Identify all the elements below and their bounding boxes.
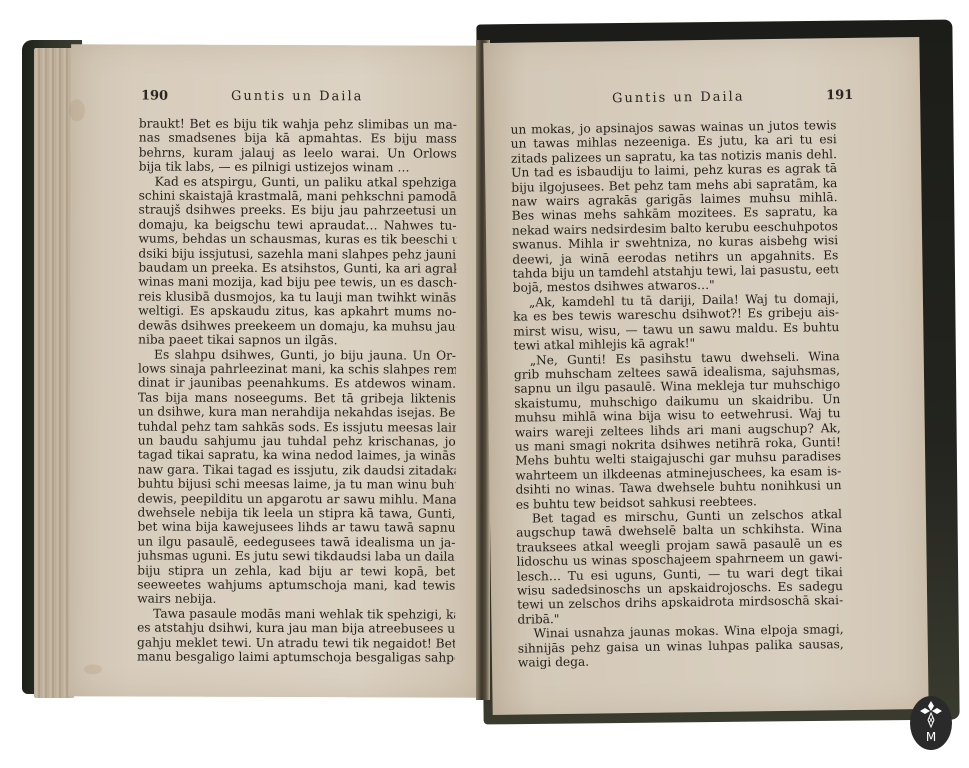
text-line: tagad tikai sapratu, ka wina nedod laime… (138, 448, 456, 464)
text-line: juhsmas uguni. Es jutu sewi tikdaudsi la… (137, 549, 455, 565)
text-line: dinat ir jaunibas peenahkums. Es atdewos… (138, 376, 456, 392)
text-line: nas smadsenes bija kā apmahtas. Es biju … (139, 131, 457, 147)
text-line: wums, behdas un schausmas, kuras es tik … (138, 232, 456, 248)
text-line: weltigi. Es apskaudu zitus, kas apkahrt … (138, 304, 456, 320)
text-line: un baudu sahjumu jau tuhdal pehz krischa… (138, 433, 456, 449)
text-line: domaju, ka beigschu tewi apraudat… Nahwe… (138, 217, 456, 233)
left-page: 190 Guntis un Daila braukt! Bet es biju … (69, 44, 481, 697)
paper-stain (69, 99, 85, 121)
text-line: bija tik labs, — es pilnigi ustizejos wi… (139, 160, 457, 176)
text-line: Tawa pasaule modās mani wehlak tik spehz… (137, 606, 455, 622)
text-line: straujš dsihwes preeks. Es biju jau pahr… (139, 203, 457, 219)
text-line: reis klusibā dusmojos, ka tu lauji man t… (138, 289, 456, 305)
running-head-left: Guntis un Daila (231, 89, 363, 104)
text-line: tuhdal pehz tam sahkās sods. Es issjutu … (138, 419, 456, 435)
running-head-right: Guntis un Daila (612, 89, 745, 106)
text-line: un dsihwe, kura man nerahdija nekahdas i… (138, 405, 456, 421)
text-line: Es slahpu dsihwes, Gunti, jo biju jauna.… (138, 347, 456, 363)
text-line: wairs nebija. (137, 592, 455, 608)
text-line: es atstahju dsihwi, kura jau man bija at… (137, 621, 455, 637)
paper-stain (84, 664, 102, 674)
page-number-left: 190 (141, 89, 168, 104)
text-line: un ilgu pasaulē, eedegusees tawā idealis… (137, 534, 455, 550)
text-line: naw gara. Tikai tagad es issjutu, zik da… (138, 462, 456, 478)
text-line: buhtu bijusi schi meesas laime, ja tu ma… (138, 477, 456, 493)
text-line: manu besgaligo laimi aptumschoja besgali… (137, 650, 455, 666)
text-line: biju stipra un zehla, kad biju ar tewi k… (137, 563, 455, 579)
text-line: behrns, kuram jalauj as leelo warai. Un … (139, 145, 457, 161)
page-edges (34, 48, 74, 698)
text-line: Tas bija mans noseegums. Bet tā gribeja … (138, 390, 456, 406)
text-line: dewis, peepilditu un apgarotu ar sawu mi… (138, 491, 456, 507)
right-page: Guntis un Daila 191 un mokas, jo apsinaj… (483, 37, 928, 715)
text-line: braukt! Bet es biju tik wahja pehz slimi… (139, 117, 457, 133)
text-line: dwehsele nebija tik leela un stipra kā t… (137, 505, 455, 521)
right-page-body: un mokas, jo apsinajos sawas wainas un j… (510, 118, 844, 670)
page-number-right: 191 (826, 88, 853, 103)
text-line: schini skaistajā krastmalā, mani pehksch… (139, 189, 457, 205)
text-line: bet wina bija kawejusees lihds ar tawu t… (137, 520, 455, 536)
text-line: niba paeet tikai sapnos un ilgās. (138, 333, 456, 349)
text-line: baudam un preeka. Es atsihstos, Gunti, k… (138, 261, 456, 277)
text-line: winas mani mozija, kad biju pee tewis, u… (138, 275, 456, 291)
text-line: lows sinaja pahrleezinat mani, ka schis … (138, 361, 456, 377)
left-page-body: braukt! Bet es biju tik wahja pehz slimi… (137, 117, 457, 666)
text-line: seeweetes wahjums aptumschoja mani, kad … (137, 578, 455, 594)
watermark-badge: M (910, 696, 952, 750)
text-line: gahju meklet tewi. Un atradu tewi tik ne… (137, 635, 455, 651)
ornament-m-logo-icon: M (910, 696, 952, 750)
watermark-letter: M (926, 730, 936, 744)
text-line: dsiki biju issjutusi, sazehla mani slahp… (138, 246, 456, 262)
text-line: Kad es atspirgu, Gunti, un paliku atkal … (139, 174, 457, 190)
text-line: dewās dsihwes preekeem un domaju, ka muh… (138, 318, 456, 334)
open-book-photo: 190 Guntis un Daila braukt! Bet es biju … (0, 0, 969, 768)
